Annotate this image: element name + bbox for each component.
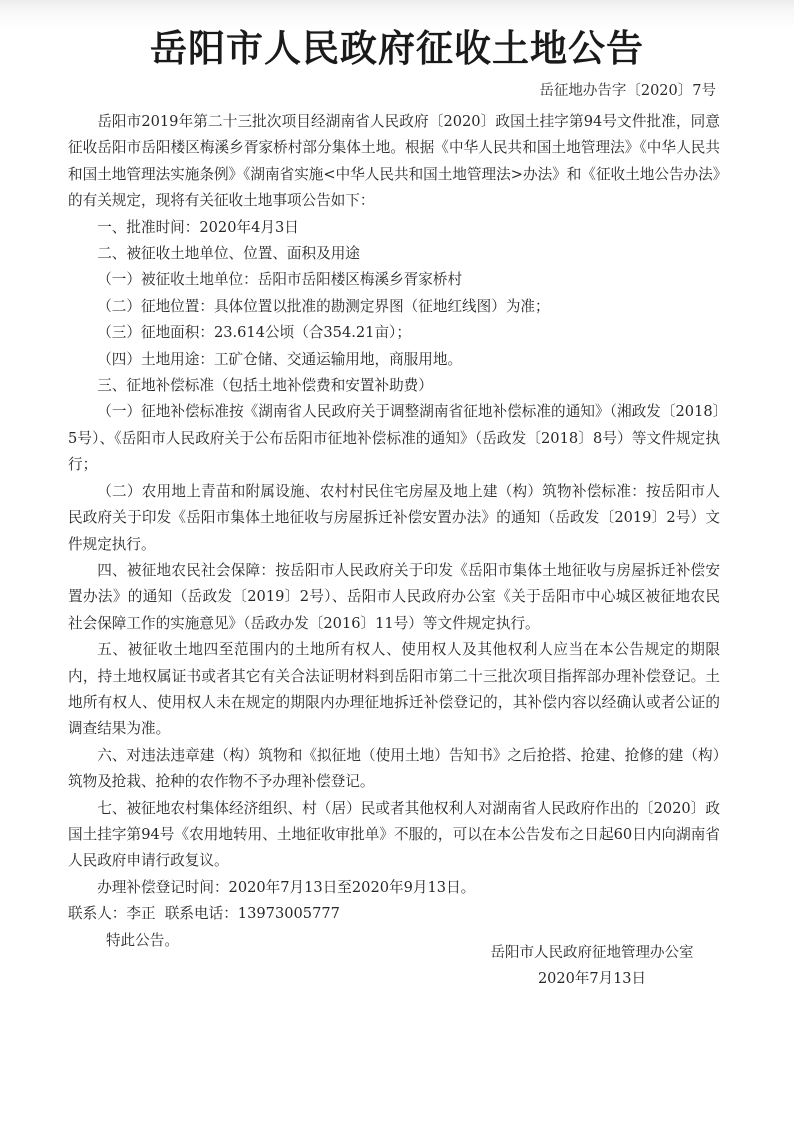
section-3-heading: 三、征地补偿标准（包括土地补偿费和安置补助费） [68,373,720,399]
notice-body: 岳阳市2019年第二十三批次项目经湖南省人民政府〔2020〕政国土挂字第94号文… [68,109,720,954]
section-3-item-2: （二）农用地上青苗和附属设施、农村村民住宅房屋及地上建（构）筑物补偿标准：按岳阳… [68,479,720,558]
contact-info: 联系人：李正 联系电话：13973005777 [68,901,720,927]
document-number: 岳征地办告字〔2020〕7号 [539,79,716,100]
document-page: 岳阳市人民政府征收土地公告 岳征地办告字〔2020〕7号 岳阳市2019年第二十… [0,0,794,1122]
registration-period: 办理补偿登记时间：2020年7月13日至2020年9月13日。 [68,875,720,901]
signature-block: 岳阳市人民政府征地管理办公室 2020年7月13日 [484,940,700,992]
section-5-registration: 五、被征收土地四至范围内的土地所有权人、使用权人及其他权利人应当在本公告规定的期… [68,637,720,743]
section-4-social-security: 四、被征地农民社会保障：按岳阳市人民政府关于印发《岳阳市集体土地征收与房屋拆迁补… [68,558,720,637]
section-2-item-4: （四）土地用途：工矿仓储、交通运输用地，商服用地。 [68,347,720,373]
issue-date: 2020年7月13日 [484,966,700,992]
section-2-item-2: （二）征地位置：具体位置以批准的勘测定界图（征地红线图）为准； [68,294,720,320]
section-7-review: 七、被征地农村集体经济组织、村（居）民或者其他权利人对湖南省人民政府作出的〔20… [68,796,720,875]
section-2-heading: 二、被征收土地单位、位置、面积及用途 [68,241,720,267]
issuing-office: 岳阳市人民政府征地管理办公室 [484,940,700,966]
section-6-illegal-structures: 六、对违法违章建（构）筑物和《拟征地（使用土地）告知书》之后抢搭、抢建、抢修的建… [68,743,720,796]
section-1-approval-time: 一、批准时间：2020年4月3日 [68,215,720,241]
section-2-item-1: （一）被征收土地单位：岳阳市岳阳楼区梅溪乡胥家桥村 [68,267,720,293]
intro-paragraph: 岳阳市2019年第二十三批次项目经湖南省人民政府〔2020〕政国土挂字第94号文… [68,109,720,215]
section-3-item-1: （一）征地补偿标准按《湖南省人民政府关于调整湖南省征地补偿标准的通知》（湘政发〔… [68,399,720,478]
section-2-item-3: （三）征地面积：23.614公顷（合354.21亩）； [68,320,720,346]
page-title: 岳阳市人民政府征收土地公告 [0,18,794,72]
